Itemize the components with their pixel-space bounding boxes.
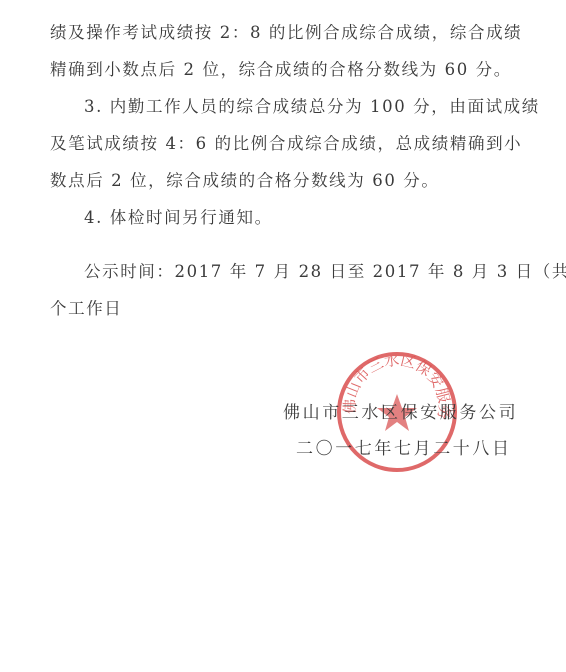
paragraph-line: 及笔试成绩按 4：6 的比例合成综合成绩，总成绩精确到小 <box>50 134 522 154</box>
paragraph-line: 公示时间：2017 年 7 月 28 日至 2017 年 8 月 3 日（共五 <box>84 262 566 282</box>
paragraph-line: 4. 体检时间另行通知。 <box>84 208 273 228</box>
paragraph-line: 绩及操作考试成绩按 2：8 的比例合成综合成绩，综合成绩 <box>50 23 522 43</box>
paragraph-line: 3. 内勤工作人员的综合成绩总分为 100 分，由面试成绩 <box>84 97 540 117</box>
signature-date: 二〇一七年七月二十八日 <box>296 434 512 459</box>
paragraph-line: 数点后 2 位，综合成绩的合格分数线为 60 分。 <box>50 171 439 191</box>
paragraph-line: 个工作日 <box>50 299 122 319</box>
paragraph-line: 精确到小数点后 2 位，综合成绩的合格分数线为 60 分。 <box>50 60 512 80</box>
signature-organization: 佛山市三水区保安服务公司 <box>283 398 518 423</box>
